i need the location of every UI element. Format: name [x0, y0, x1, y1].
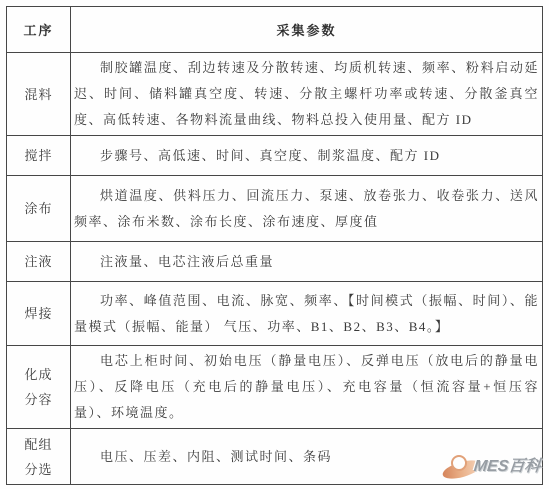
process-cell: 焊接: [7, 282, 71, 346]
process-cell: 搅拌: [7, 136, 71, 176]
watermark-ball-icon: [451, 455, 467, 471]
table-row: 搅拌 步骤号、高低速、时间、真空度、制浆温度、配方 ID: [7, 136, 543, 176]
table-header-row: 工序 采集参数: [7, 7, 543, 53]
process-cell: 涂布: [7, 176, 71, 242]
process-cell: 化成 分容: [7, 346, 71, 429]
table-row: 化成 分容 电芯上柜时间、初始电压（静量电压）、反弹电压（放电后的静量电压）、反…: [7, 346, 543, 429]
table-row: 注液 注液量、电芯注液后总重量: [7, 242, 543, 282]
table-row: 混料 制胶罐温度、刮边转速及分散转速、均质机转速、频率、粉料启动延迟、时间、储料…: [7, 53, 543, 136]
params-cell: 步骤号、高低速、时间、真空度、制浆温度、配方 ID: [71, 136, 543, 176]
process-cell: 配组 分选: [7, 429, 71, 485]
table-row: 涂布 烘道温度、供料压力、回流压力、泵速、放卷张力、收卷张力、送风频率、涂布米数…: [7, 176, 543, 242]
mes-baike-watermark: MES百科: [442, 446, 544, 484]
document-page: 工序 采集参数 混料 制胶罐温度、刮边转速及分散转速、均质机转速、频率、粉料启动…: [0, 0, 549, 489]
params-cell: 电芯上柜时间、初始电压（静量电压）、反弹电压（放电后的静量电压）、反降电压（充电…: [71, 346, 543, 429]
params-cell: 制胶罐温度、刮边转速及分散转速、均质机转速、频率、粉料启动延迟、时间、储料罐真空…: [71, 53, 543, 136]
process-cell: 混料: [7, 53, 71, 136]
process-parameters-table: 工序 采集参数 混料 制胶罐温度、刮边转速及分散转速、均质机转速、频率、粉料启动…: [6, 6, 543, 485]
params-cell: 功率、峰值范围、电流、脉宽、频率、【时间模式（振幅、时间）、能量模式（振幅、能量…: [71, 282, 543, 346]
params-cell: 注液量、电芯注液后总重量: [71, 242, 543, 282]
process-cell: 注液: [7, 242, 71, 282]
table-row: 焊接 功率、峰值范围、电流、脉宽、频率、【时间模式（振幅、时间）、能量模式（振幅…: [7, 282, 543, 346]
params-cell: 烘道温度、供料压力、回流压力、泵速、放卷张力、收卷张力、送风频率、涂布米数、涂布…: [71, 176, 543, 242]
header-params: 采集参数: [71, 7, 543, 53]
watermark-text: MES百科: [473, 453, 542, 476]
header-process: 工序: [7, 7, 71, 53]
